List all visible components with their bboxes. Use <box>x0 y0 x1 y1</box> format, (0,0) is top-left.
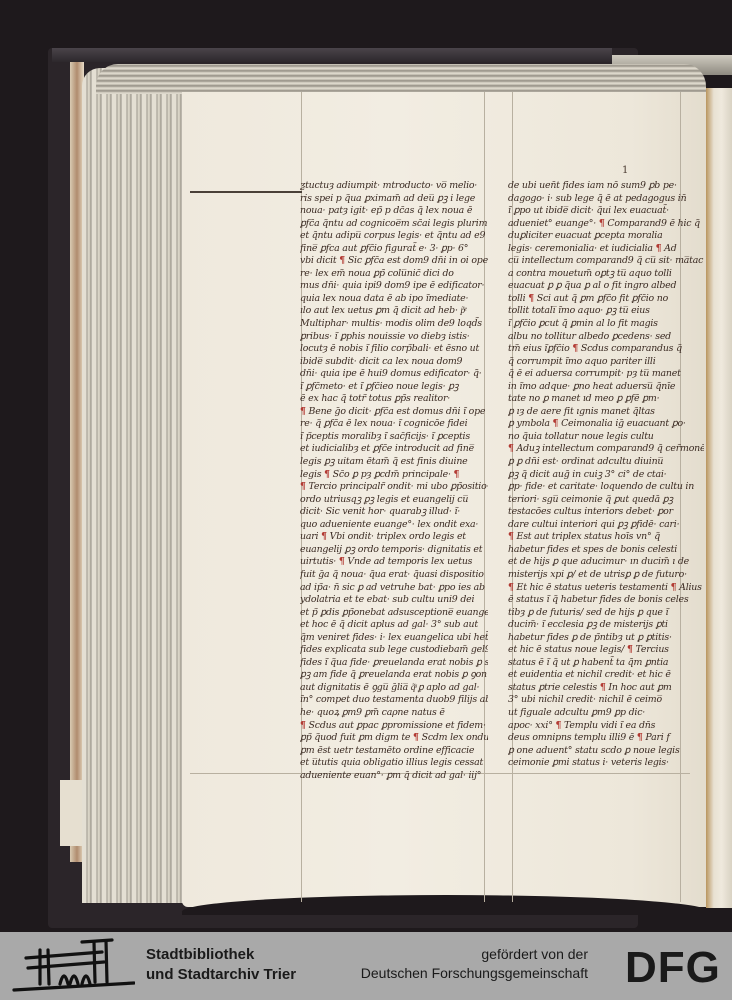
manuscript-line: Multiphar· multis· modis olim de9 loqd̃s <box>300 318 488 331</box>
manuscript-line: ceimonie ꝑmi status i· veteris legis· <box>508 757 704 770</box>
manuscript-line: ꝑ one aduent° statu scdo ꝑ noue legis <box>508 745 704 758</box>
rubric-mark: ¶ <box>300 720 306 731</box>
manuscript-line: ꝑribus· ı̃ ꝑphis nouissie vo diebȝ istis… <box>300 331 488 344</box>
manuscript-line: habetur fides ꝑ de p̃ntibȝ ut ꝑ ꝑtitis· <box>508 632 704 645</box>
manuscript-line: ı̃ ꝑpo ut ibide̅ dicit· q̃ui lex euacuat… <box>508 205 704 218</box>
manuscript-line: deus omnipns templu illi9 ē ¶ Pari f <box>508 732 704 745</box>
manuscript-line: locutȝ ē nobis ı̃ filio corp̃bali· et ēs… <box>300 343 488 356</box>
manuscript-line: ad ip̃a· n̄ sic ꝑ ad vetruhe bat· ꝑpo ie… <box>300 582 488 595</box>
dfg-logo: DFG <box>625 948 721 988</box>
manuscript-line: ı̃ p̃ceptis moralibȝ ı̃ sac̄ficijs· ı̃ ꝑ… <box>300 431 488 444</box>
rubric-mark: ¶ <box>508 582 514 593</box>
manuscript-line: et iudicialibȝ et ꝑfc̄e introducit ad fi… <box>300 443 488 456</box>
manuscript-line: ¶ Est aut triplex status hoīs vn° q̃ <box>508 531 704 544</box>
manuscript-scan: 1 ƺtuctuȝ adiumpit· mtroducto· vo̅ melio… <box>0 0 732 932</box>
manuscript-line: no q̃uia tollatur noue legis cultu <box>508 431 704 444</box>
manuscript-line: he· quoꝝ ꝑm9 ꝑm̃ caρne natus ē <box>300 707 488 720</box>
manuscript-line: ı̃n° compet duo testamenta duob9 filijs … <box>300 694 488 707</box>
manuscript-line: quo adueniente euange°· lex ondit exa· <box>300 519 488 532</box>
manuscript-line: in ı̃mo adque· ꝑno heat aduersu̅ q̃nīe <box>508 381 704 394</box>
margin-line <box>190 191 302 193</box>
manuscript-line: vbi dicit ¶ Sic ꝑfc̄a est dom9 dn̄i in o… <box>300 255 488 268</box>
manuscript-line: ē status ı̃ q̃ habetur fides de bonis ce… <box>508 594 704 607</box>
manuscript-line: ꝑfc̄a q̃ntu ad cognicoe̅m sc̄ai legis pl… <box>300 218 488 231</box>
library-name: Stadtbibliothek und Stadtarchiv Trier <box>146 945 296 985</box>
manuscript-line: ducim̃· ı̃ ecclesia ꝑꝫ de misterijs ꝑti <box>508 619 704 632</box>
manuscript-line: ꝑm ēst uetr testamēto ordine efficacie <box>300 745 488 758</box>
manuscript-line: dagogo· i· sub lege q̃ ē at pedagogus in… <box>508 193 704 206</box>
rubric-mark: ¶ <box>627 644 633 655</box>
funder-text: gefördert von der Deutschen Forschungsge… <box>361 945 588 983</box>
manuscript-line: quia lex noua data ē ab ipo ı̃mediate· <box>300 293 488 306</box>
gutter-shadow <box>706 88 732 908</box>
manuscript-line: noua· patȝ igit· ep̃ p dc̄as q̃ lex noua… <box>300 205 488 218</box>
manuscript-line: aut dignitatis ē ꝯgu̅ ḡlia̅ q̃ͣ ꝑ aplo a… <box>300 682 488 695</box>
text-column-left: ƺtuctuȝ adiumpit· mtroducto· vo̅ melio·r… <box>300 180 488 782</box>
manuscript-line: tollit totali̅ ı̃mo aquo· ꝑꝫ tu̅ eius <box>508 305 704 318</box>
text-column-right: de ubi uen̄t fides iam nō sum9 ꝑb pe·dag… <box>508 180 704 770</box>
library-name-line2: und Stadtarchiv Trier <box>146 965 296 985</box>
manuscript-line: testacōes cultus interiors debet· ꝑor <box>508 506 704 519</box>
manuscript-line: ꝑp̃ q̃uod fuit ꝑm digm te ¶ Scdm lex ond… <box>300 732 488 745</box>
manuscript-line: et euidentia et nichil credit· et hic ē <box>508 669 704 682</box>
manuscript-line: fine̅ ꝑfca aut ꝑfc̄io figurat̃ e· 3· ꝑp·… <box>300 243 488 256</box>
manuscript-line: a contra mouetum̃ oꝑtꝫ tu̅ aquo tolli <box>508 268 704 281</box>
rubric-mark: ¶ <box>671 582 677 593</box>
rubric-mark: ¶ <box>324 469 330 480</box>
rubric-mark: ¶ <box>339 556 345 567</box>
manuscript-line: fuit ḡa q̃ noua· q̃ua erat· q̃uasi dispo… <box>300 569 488 582</box>
rubric-mark: ¶ <box>339 255 345 266</box>
rubric-mark: ¶ <box>321 531 327 542</box>
manuscript-line: de ubi uen̄t fides iam nō sum9 ꝑb pe· <box>508 180 704 193</box>
manuscript-line: cu̅ intellectum comparand9 q̃ cu̅ sit· m… <box>508 255 704 268</box>
manuscript-line: status ē ı̃ q̃ ut ꝑ habent̃ ta q̃m ꝑntia <box>508 657 704 670</box>
manuscript-line: ¶ Bene ḡo dicit· ꝑfc̄a est domus dn̄i ı̃… <box>300 406 488 419</box>
page-stack-left <box>82 68 192 903</box>
manuscript-line: q̃ corrumpit ı̃mo aquo pariter illi <box>508 356 704 369</box>
manuscript-line: ꝑꝫ am fide q̃ ꝑreuelanda erat nobis ꝑ ꝯo… <box>300 669 488 682</box>
rubric-mark: ¶ <box>528 293 534 304</box>
manuscript-line: misterijs xpi ꝑ/ et de utrisꝑ ꝑ de futur… <box>508 569 704 582</box>
manuscript-line: adueniet° euange°· ¶ Comparand9 ē hic q̃ <box>508 218 704 231</box>
manuscript-line: tm̃ eius ı̃ꝑfc̄io ¶ Scdus comparandus q̃ <box>508 343 704 356</box>
manuscript-line: ı̃ ꝑfc̄io ꝑcut q̃ ꝑmin al lo fit magis <box>508 318 704 331</box>
book-cover-edge <box>52 48 612 62</box>
manuscript-line: q̃ ē ei aduersa corrumpit· pȝ tu̅ manet <box>508 368 704 381</box>
manuscript-line: apoc· xxi° ¶ Templu vidi ı̃ ea dn̄s <box>508 720 704 733</box>
manuscript-line: re· lex em̃ noua ꝑp̃ colu̅nic̄ dici do <box>300 268 488 281</box>
rubric-mark: ¶ <box>300 406 306 417</box>
rubric-mark: ¶ <box>553 418 559 429</box>
manuscript-line: dare cultui interiori qui ꝑꝫ ꝑfidē· cari… <box>508 519 704 532</box>
manuscript-line: et hoc ē q̃ dicit aplus ad gal· 3° sub a… <box>300 619 488 632</box>
manuscript-line: ē ex hac q̃ totr̃ totus ꝑp̃s realitor· <box>300 393 488 406</box>
manuscript-line: ılo aut lex uetus ꝑm q̃ dicit ad heb· p̃… <box>300 305 488 318</box>
rubric-mark: ¶ <box>637 732 643 743</box>
rubric-mark: ¶ <box>572 343 578 354</box>
manuscript-line: mus dn̄i· quia ipi9 dom9 ipe ē edificato… <box>300 280 488 293</box>
rubric-mark: ¶ <box>556 720 562 731</box>
stadtbibliothek-trier-logo-icon <box>10 938 135 996</box>
manuscript-line: ¶ Et hic ē status ueteris testamenti ¶ A… <box>508 582 704 595</box>
manuscript-line: ut figuale adcultu ꝑm9 ꝑp dic· <box>508 707 704 720</box>
manuscript-line: euangelij ꝑꝫ ordo temporis· dignitatis e… <box>300 544 488 557</box>
manuscript-line: q̃m veniret fides· i· lex euangelica ubi… <box>300 632 488 645</box>
manuscript-line: status ꝑtrie celestis ¶ In hoc aut ꝑm <box>508 682 704 695</box>
manuscript-line: ydolatria et te ebat· sub cultu uni9 dei <box>300 594 488 607</box>
manuscript-line: dicit· Sic venit hor· quarabꝫ illud· ı̃· <box>300 506 488 519</box>
folio-mark: 1 <box>622 165 628 176</box>
manuscript-line: dn̄i· quia ipe ē hui9 domus edificator· … <box>300 368 488 381</box>
funder-line1: gefördert von der <box>361 945 588 964</box>
manuscript-line: tolli ¶ Sci aut q̃ ꝑm ꝑfc̄o fit ꝑfc̄io n… <box>508 293 704 306</box>
manuscript-line: habetur fides et spes de bonis celesti <box>508 544 704 557</box>
manuscript-line: uirtutis· ¶ Vnde ad temporis lex uetus <box>300 556 488 569</box>
manuscript-line: et u̅tutis quia obligatio illius legis c… <box>300 757 488 770</box>
manuscript-line: teriori· sgu̅ ceimonie q̃ ꝑut quedā ꝑꝫ <box>508 494 704 507</box>
library-name-line1: Stadtbibliothek <box>146 945 296 965</box>
footer-banner: Stadtbibliothek und Stadtarchiv Trier ge… <box>0 932 732 1000</box>
manuscript-line: euacuat ꝑ ꝑ q̃ua ꝑ al o fit ingro albed <box>508 280 704 293</box>
page-stack-top <box>96 64 706 94</box>
funder-line2: Deutschen Forschungsgemeinschaft <box>361 964 588 983</box>
manuscript-line: re· q̃ ꝑfc̄a ē lex noua· ı̃ cognicōe fid… <box>300 418 488 431</box>
manuscript-line: ¶ Tercio principalr̃ ondit· mi ubo ꝑp̃os… <box>300 481 488 494</box>
rubric-mark: ¶ <box>656 243 662 254</box>
rubric-mark: ¶ <box>508 443 514 454</box>
rubric-mark: ¶ <box>300 481 306 492</box>
manuscript-line: ibide̅ subdit· dicit ca lex noua dom9 <box>300 356 488 369</box>
manuscript-line: fides explicata sub lege custodiebam̃ ge… <box>300 644 488 657</box>
manuscript-line: legis· ceremonialia· et iudicialia ¶ Ad <box>508 243 704 256</box>
manuscript-line: et hic ē status noue legis/ ¶ Tercius <box>508 644 704 657</box>
manuscript-line: ı̃ ꝑfc̄meto· et ı̃ ꝑfc̄ieo noue legis· ꝑ… <box>300 381 488 394</box>
manuscript-line: legis ¶ Sc̄o ꝑ pȝ ꝑcdm̃ principale· ¶ <box>300 469 488 482</box>
manuscript-line: tibȝ ꝑ de futuris/ sed de hijs ꝑ que ı̃ <box>508 607 704 620</box>
manuscript-line: ris spei p q̃ua ꝑximam̃ ad deu̅ ꝑꝫ i leg… <box>300 193 488 206</box>
manuscript-line: ¶ Aduꝫ intellectum comparand9 q̃ cer̃mon… <box>508 443 704 456</box>
rubric-mark: ¶ <box>508 531 514 542</box>
manuscript-line: ¶ Scdus aut ꝑpac ꝑpromissione et fidem· <box>300 720 488 733</box>
rubric-mark: ¶ <box>599 218 605 229</box>
manuscript-line: albu no tollitur albedo ꝑcedens· sed <box>508 331 704 344</box>
manuscript-line: et de hijs ꝑ que aducimur· ın ducim̃ ı d… <box>508 556 704 569</box>
rubric-mark: ¶ <box>413 732 419 743</box>
manuscript-line: tate no ꝑ manet ıd meo ꝑ ꝑfē ꝑm· <box>508 393 704 406</box>
manuscript-line: legis ꝑꝫ uitam ētam̃ q̃ est finis diuine <box>300 456 488 469</box>
manuscript-line: ꝑ ymbola ¶ Ceimonalia iḡ euacuant ꝑo· <box>508 418 704 431</box>
manuscript-line: ordo utriusqꝫ ꝑꝫ legis et euangelij cu̅ <box>300 494 488 507</box>
rubric-mark: ¶ <box>454 469 460 480</box>
manuscript-line: ꝑ ıȝ de aere fit ıgnis manet q̃ltas <box>508 406 704 419</box>
manuscript-line: et q̃ntu adipu̅ corpus legis· et q̃ntu a… <box>300 230 488 243</box>
manuscript-line: duꝑliciter euacuat ꝑcepta moralia <box>508 230 704 243</box>
manuscript-line: adueniente euan°· ꝑm q̃ dicit ad gal· ii… <box>300 770 488 783</box>
manuscript-line: 3° ubi nichil credit· nichil ē ceimo̅ <box>508 694 704 707</box>
manuscript-line: uari ¶ Vbi ondit· triplex ordo legis et <box>300 531 488 544</box>
manuscript-line: fides ı̃ q̃ua fide· ꝑreuelanda erat nobi… <box>300 657 488 670</box>
manuscript-line: et p̃ ꝑdis ꝑp̃onebat adsusceptione̅ euan… <box>300 607 488 620</box>
manuscript-line: ꝑꝫ q̃ dicit aug̃ in cuiꝫ 3° ci° de ctai· <box>508 469 704 482</box>
manuscript-line: ꝑ ꝑ dn̄i est· ordinat adcultu diuinu̅ <box>508 456 704 469</box>
rubric-mark: ¶ <box>600 682 606 693</box>
manuscript-line: ꝑp· fide· et caritate· loquendo de cultu… <box>508 481 704 494</box>
manuscript-line: ƺtuctuȝ adiumpit· mtroducto· vo̅ melio· <box>300 180 488 193</box>
